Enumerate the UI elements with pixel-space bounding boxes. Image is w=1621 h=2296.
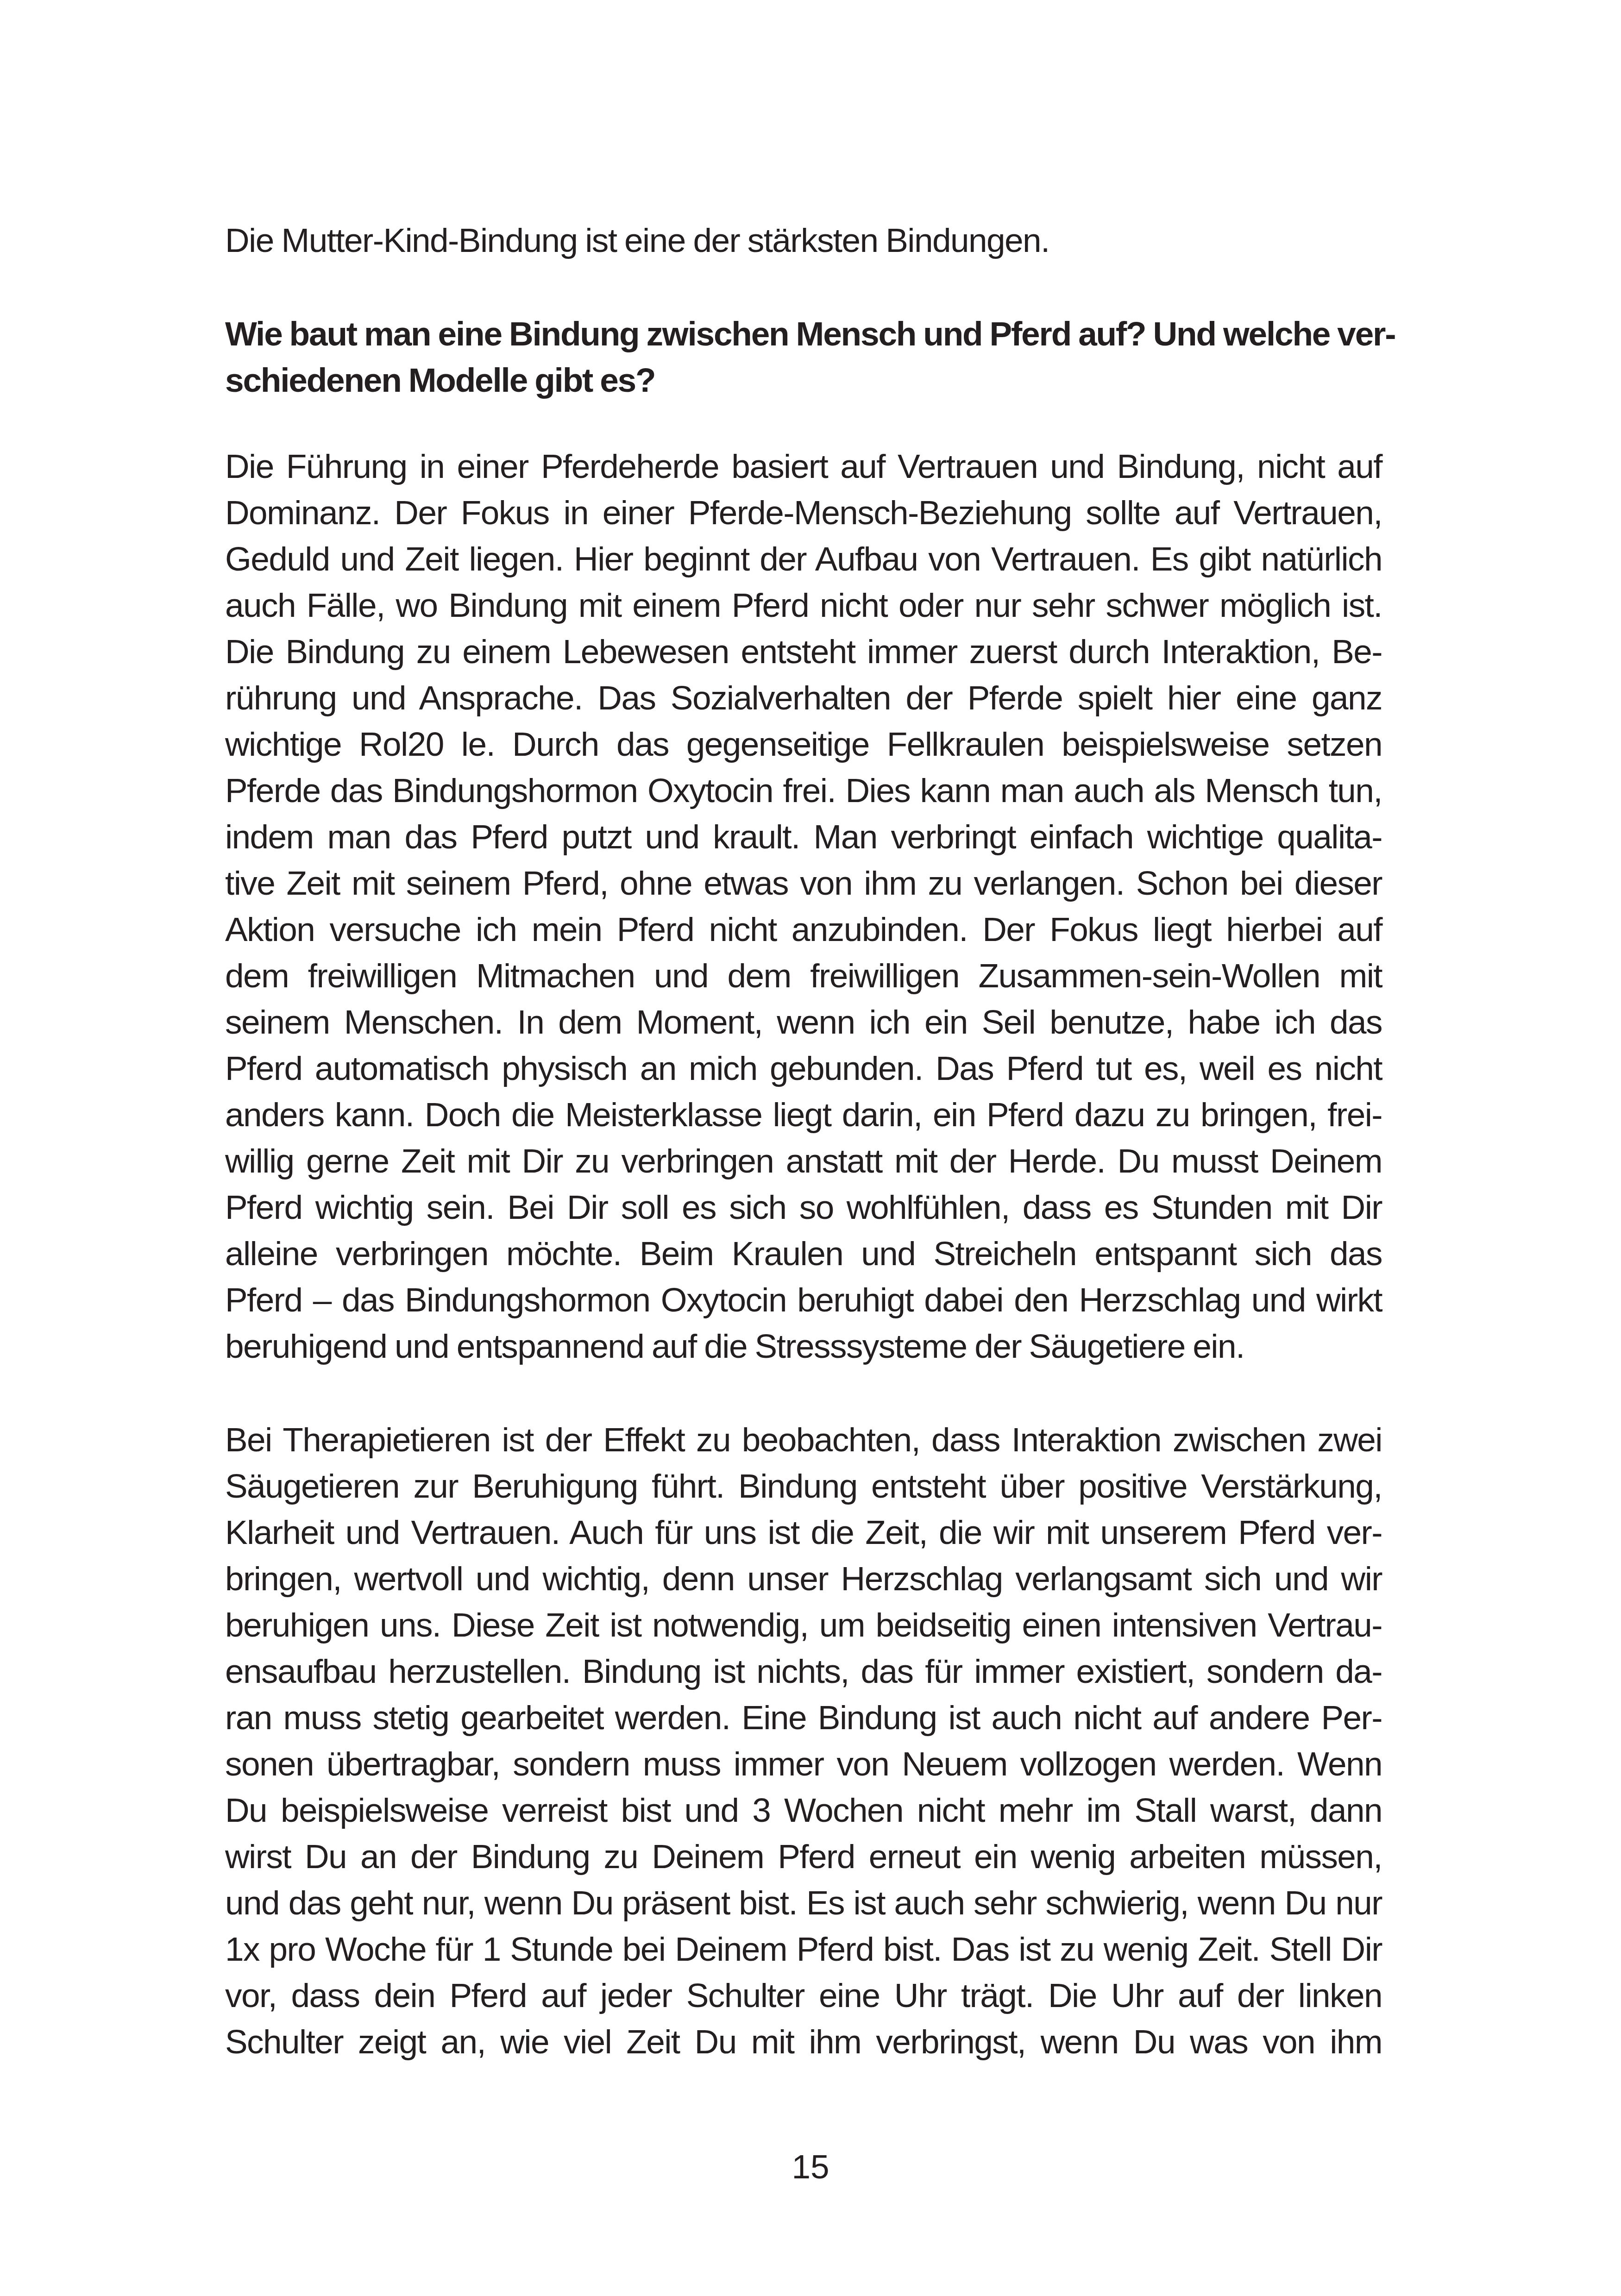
- book-page: Die Mutter-Kind-Bindung ist eine der stä…: [0, 0, 1621, 2296]
- intro-paragraph: Die Mutter-Kind-Bindung ist eine der stä…: [225, 218, 1382, 264]
- text-line: Schulter zeigt an, wie viel Zeit Du mit …: [225, 2019, 1382, 2065]
- text-line: Pferd – das Bindungshormon Oxytocin beru…: [225, 1277, 1382, 1324]
- heading-line: Wie baut man eine Bindung zwischen Mensc…: [225, 311, 1382, 358]
- text-line: Säugetieren zur Beruhigung führt. Bindun…: [225, 1463, 1382, 1510]
- text-line: beruhigend und entspannend auf die Stres…: [225, 1324, 1382, 1370]
- text-line: Die Führung in einer Pferdeherde basiert…: [225, 444, 1382, 490]
- text-line: Pferd automatisch physisch an mich gebun…: [225, 1046, 1382, 1092]
- text-line: Pferd wichtig sein. Bei Dir soll es sich…: [225, 1185, 1382, 1231]
- text-line: Aktion versuche ich mein Pferd nicht anz…: [225, 907, 1382, 953]
- text-line: Dominanz. Der Fokus in einer Pferde-Mens…: [225, 490, 1382, 536]
- text-line: dem freiwilligen Mitmachen und dem freiw…: [225, 953, 1382, 999]
- text-line: alleine verbringen möchte. Beim Kraulen …: [225, 1231, 1382, 1277]
- text-line: Die Mutter-Kind-Bindung ist eine der stä…: [225, 218, 1382, 264]
- text-line: 1x pro Woche für 1 Stunde bei Deinem Pfe…: [225, 1926, 1382, 1973]
- text-line: Bei Therapietieren ist der Effekt zu beo…: [225, 1417, 1382, 1463]
- text-line: Du beispielsweise verreist bist und 3 Wo…: [225, 1788, 1382, 1834]
- page-number: 15: [0, 2144, 1621, 2190]
- text-line: vor, dass dein Pferd auf jeder Schulter …: [225, 1973, 1382, 2019]
- text-line: indem man das Pferd putzt und krault. Ma…: [225, 814, 1382, 860]
- text-line: wirst Du an der Bindung zu Deinem Pferd …: [225, 1834, 1382, 1880]
- text-line: Klarheit und Vertrauen. Auch für uns ist…: [225, 1510, 1382, 1556]
- text-line: seinem Menschen. In dem Moment, wenn ich…: [225, 999, 1382, 1046]
- section-heading: Wie baut man eine Bindung zwischen Mensc…: [225, 311, 1382, 404]
- text-line: ensaufbau herzustellen. Bindung ist nich…: [225, 1649, 1382, 1695]
- text-line: rührung und Ansprache. Das Sozialverhalt…: [225, 675, 1382, 721]
- text-line: beruhigen uns. Diese Zeit ist notwendig,…: [225, 1602, 1382, 1649]
- text-line: Pferde das Bindungshormon Oxytocin frei.…: [225, 768, 1382, 814]
- text-line: bringen, wertvoll und wichtig, denn unse…: [225, 1556, 1382, 1602]
- text-line: auch Fälle, wo Bindung mit einem Pferd n…: [225, 583, 1382, 629]
- text-line: Geduld und Zeit liegen. Hier beginnt der…: [225, 536, 1382, 583]
- paragraph-2: Bei Therapietieren ist der Effekt zu beo…: [225, 1417, 1382, 2065]
- text-line: wichtige Rol20 le. Durch das gegenseitig…: [225, 721, 1382, 768]
- text-line: Die Bindung zu einem Lebewesen entsteht …: [225, 629, 1382, 675]
- text-line: sonen übertragbar, sondern muss immer vo…: [225, 1741, 1382, 1788]
- text-line: willig gerne Zeit mit Dir zu verbringen …: [225, 1138, 1382, 1185]
- text-line: tive Zeit mit seinem Pferd, ohne etwas v…: [225, 860, 1382, 907]
- text-line: anders kann. Doch die Meisterklasse lieg…: [225, 1092, 1382, 1138]
- text-line: und das geht nur, wenn Du präsent bist. …: [225, 1880, 1382, 1926]
- text-line: ran muss stetig gearbeitet werden. Eine …: [225, 1695, 1382, 1741]
- paragraph-1: Die Führung in einer Pferdeherde basiert…: [225, 444, 1382, 1370]
- heading-line: schiedenen Modelle gibt es?: [225, 358, 1382, 404]
